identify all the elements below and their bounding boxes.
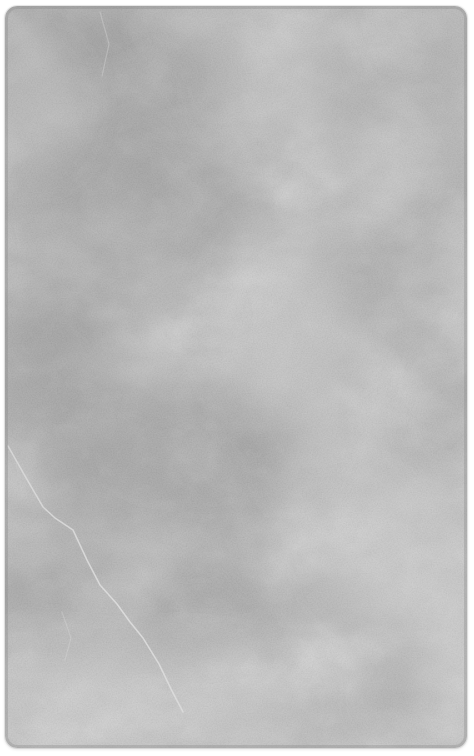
shade-overlay <box>5 6 467 748</box>
rug-product-image <box>5 6 467 748</box>
product-photo-canvas <box>0 0 474 756</box>
concrete-texture-graphic <box>5 6 467 748</box>
